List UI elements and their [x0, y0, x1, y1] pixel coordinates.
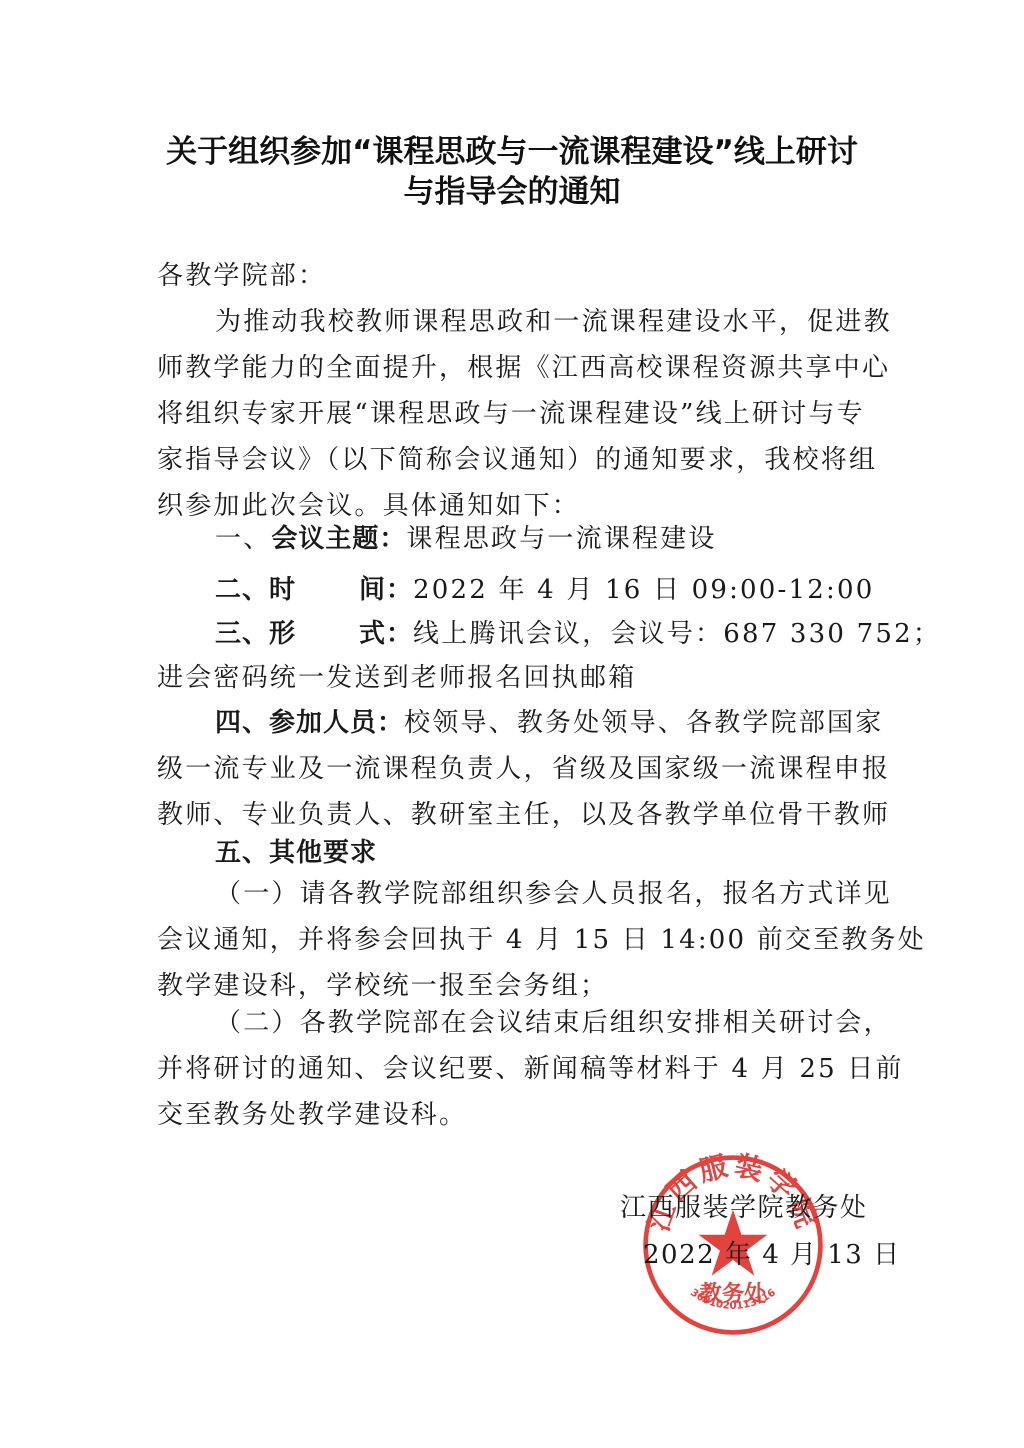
other-item2-line-1: （二）各教学院部在会议结束后组织安排相关研讨会， [215, 1000, 892, 1046]
section-format-value: 线上腾讯会议，会议号：687 330 752； [413, 619, 941, 649]
intro-line-3: 将组织专家开展“课程思政与一流课程建设”线上研讨与专 [157, 391, 865, 437]
other-item2-line-3: 交至教务处教学建设科。 [157, 1092, 467, 1138]
section-theme: 一、会议主题：课程思政与一流课程建设 [215, 516, 717, 562]
section-time-value: 2022 年 4 月 16 日 09:00-12:00 [413, 575, 874, 605]
document-title: 关于组织参加“课程思政与一流课程建设”线上研讨 与指导会的通知 [140, 132, 884, 212]
section-time-prefix: 二、 [215, 575, 269, 605]
other-item1-line-1: （一）请各教学院部组织参会人员报名，报名方式详见 [215, 871, 892, 917]
section-theme-value: 课程思政与一流课程建设 [406, 524, 716, 554]
intro-line-2: 师教学能力的全面提升，根据《江西高校课程资源共享中心 [157, 345, 890, 391]
section-theme-prefix: 一、 [215, 524, 271, 554]
section-participants-line-2: 级一流专业及一流课程负责人，省级及国家级一流课程申报 [157, 746, 890, 792]
section-format-prefix: 三、 [215, 619, 269, 649]
section-other-label: 五、其他要求 [215, 830, 377, 876]
section-participants-label: 四、参加人员： [215, 708, 404, 738]
other-item2-line-2: 并将研讨的通知、会议纪要、新闻稿等材料于 4 月 25 日前 [157, 1046, 904, 1092]
section-format-label-a: 形 [269, 611, 359, 657]
section-participants-value: 校领导、教务处领导、各教学院部国家 [404, 708, 883, 738]
section-other-heading: 五、其他要求 [215, 838, 377, 868]
section-time-label-b: 间： [359, 575, 413, 605]
section-time: 二、时间：2022 年 4 月 16 日 09:00-12:00 [215, 567, 874, 613]
intro-line-1: 为推动我校教师课程思政和一流课程建设水平，促进教 [215, 299, 892, 345]
intro-line-4: 家指导会议》（以下简称会议通知）的通知要求，我校将组 [157, 437, 877, 483]
section-format-continuation: 进会密码统一发送到老师报名回执邮箱 [157, 655, 636, 701]
section-time-label-a: 时 [269, 567, 359, 613]
section-format: 三、形式：线上腾讯会议，会议号：687 330 752； [215, 611, 941, 657]
salutation: 各教学院部： [157, 253, 326, 299]
section-theme-label: 会议主题： [271, 524, 406, 554]
section-participants: 四、参加人员：校领导、教务处领导、各教学院部国家 [215, 700, 883, 746]
title-line-2: 与指导会的通知 [140, 172, 884, 212]
title-line-1: 关于组织参加“课程思政与一流课程建设”线上研讨 [140, 132, 884, 172]
document-page: 关于组织参加“课程思政与一流课程建设”线上研讨 与指导会的通知 各教学院部： 为… [0, 0, 1024, 1448]
other-item1-line-2: 会议通知，并将参会回执于 4 月 15 日 14:00 前交至教务处 [157, 917, 926, 963]
section-format-label-b: 式： [359, 619, 413, 649]
signature-date: 2022 年 4 月 13 日 [643, 1232, 901, 1278]
signature-issuer: 江西服装学院教务处 [620, 1185, 868, 1231]
